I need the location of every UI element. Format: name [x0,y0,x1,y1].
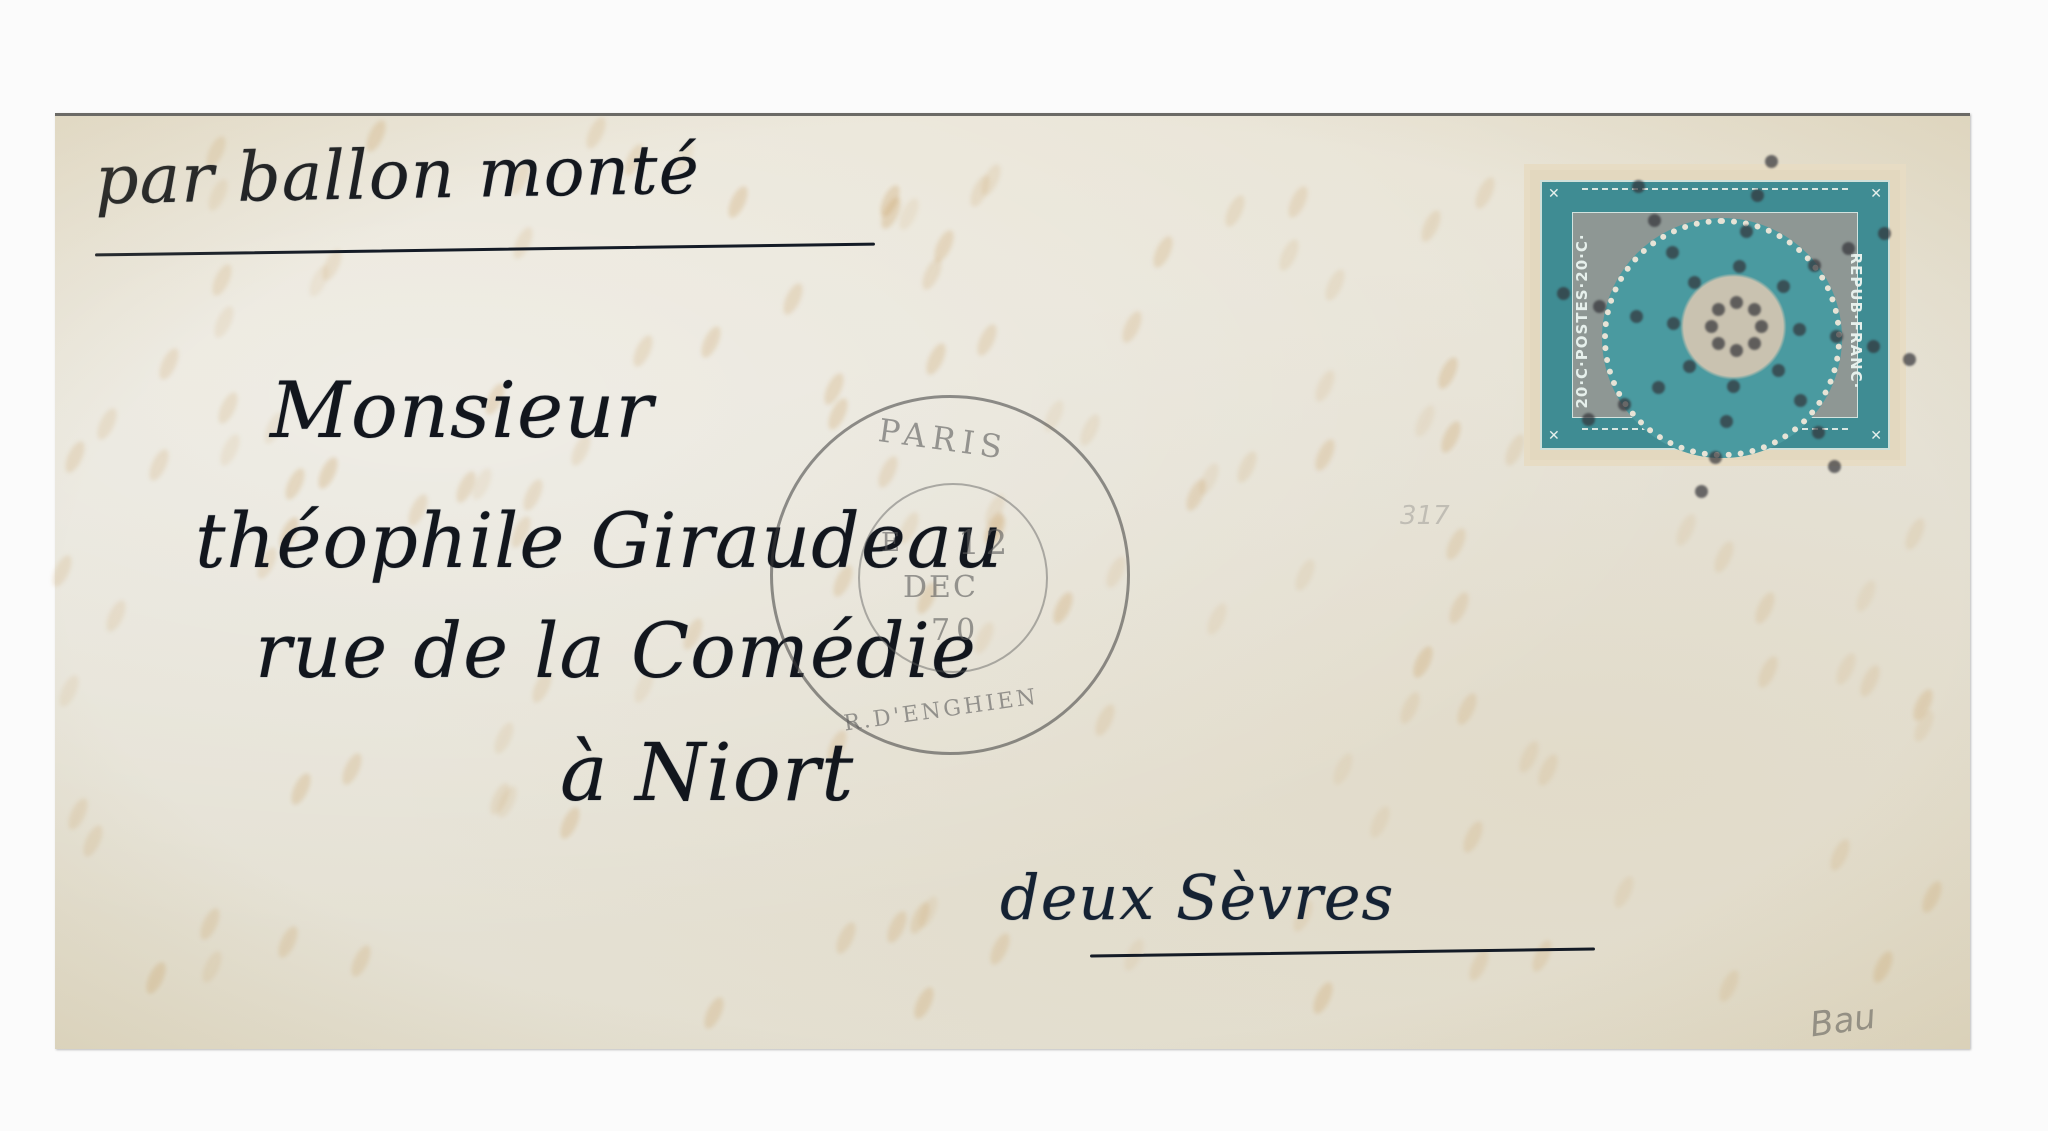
stain [275,924,302,961]
stain [1911,708,1938,745]
stain [1312,367,1339,404]
stain [1330,751,1357,788]
stain [821,371,848,408]
stain [1396,690,1423,727]
corner-x-icon: ✕ [1870,186,1882,202]
stain [922,341,949,378]
postmark: PARIS E 12 DEC 70 R.D'ENGHIEN [770,395,1130,755]
cancel-dot [1667,317,1680,330]
stain [1149,233,1176,270]
stain [1832,651,1859,688]
stamp-country-text: REPUB·FRANC· [1847,231,1865,411]
cancel-dot [1709,451,1722,464]
cancel-dot [1828,460,1841,473]
stain [1856,663,1883,700]
stain [1234,448,1261,485]
cancel-dot [1793,323,1806,336]
stain [1529,938,1556,975]
stain [288,770,315,807]
postmark-collection: E [881,528,906,558]
stain [216,432,243,469]
corner-x-icon: ✕ [1548,186,1560,202]
stain [1716,968,1743,1005]
cancel-dot [1695,485,1708,498]
postmark-day: 12 [958,523,1013,563]
stain [103,598,130,635]
stain [1910,686,1937,723]
stain [210,304,237,341]
postmark-city: PARIS [876,411,1010,467]
stain [490,719,517,756]
stain [315,455,342,492]
stain [55,672,82,709]
corner-x-icon: ✕ [1548,428,1560,444]
stain [1501,431,1528,468]
stain [486,781,513,818]
stain [214,389,241,426]
stain [878,195,905,232]
cancel-dot [1740,225,1753,238]
stain [1515,738,1542,775]
cancel-dot [1730,344,1743,357]
stain [1438,419,1465,456]
stain [967,172,994,209]
stain [80,822,107,859]
stain [94,406,121,443]
stain [986,930,1013,967]
stain [1610,874,1637,911]
stain [1434,355,1461,392]
stain [629,333,656,370]
stain [1417,208,1444,245]
stain [1673,512,1700,549]
stain [1827,837,1854,874]
stain [1534,752,1561,789]
routing-note-underline [95,243,875,257]
stain [348,943,375,980]
cancel-dot [1557,287,1570,300]
stain [1366,804,1393,841]
cancel-dot [1630,310,1643,323]
stamp-value-text: 20·C·POSTES·20·C· [1573,231,1591,411]
stain [1196,460,1223,497]
stain [1276,237,1303,274]
stain [833,919,860,956]
stain [1321,266,1348,303]
stain [64,795,91,832]
routing-note: par ballon monté [94,131,700,221]
stain [974,322,1001,359]
cancel-dot [1705,320,1718,333]
stain [1711,538,1738,575]
cancel-dot [1593,300,1606,313]
stain [906,900,933,937]
stain [510,224,537,261]
stain [1411,403,1438,440]
stain [930,227,957,264]
faint-number: 317 [1400,501,1450,531]
cancel-dot [1748,337,1761,350]
stain [895,196,922,233]
stain [1454,691,1481,728]
postmark-month: DEC [903,570,978,605]
stain [305,263,332,300]
address-city: à Niort [560,726,854,819]
stain [155,346,182,383]
department-underline [1090,947,1595,957]
corner-x-icon: ✕ [1870,428,1882,444]
address-salutation: Monsieur [270,366,654,456]
stain [1222,192,1249,229]
stain [1203,601,1230,638]
stain [780,280,807,317]
stain [1460,819,1487,856]
stain [1446,589,1473,626]
stain [1092,702,1119,739]
pencil-mark: Bau [1808,997,1879,1046]
cancel-dot [1632,180,1645,193]
stain [876,183,903,220]
stain [910,985,937,1022]
stain [1752,590,1779,627]
stain [1466,947,1493,984]
stain [146,447,173,484]
cancel-dot [1878,227,1891,240]
stain [1472,175,1499,212]
stain [1291,557,1318,594]
stain [1852,578,1879,615]
stain [724,184,751,221]
stain [1312,436,1339,473]
stain [49,553,76,590]
stain [1919,878,1946,915]
stain [339,751,366,788]
stain [977,161,1004,198]
stain [143,960,170,997]
stain [208,261,235,298]
stain [1182,476,1209,513]
greek-key-top [1582,188,1848,202]
stain [493,783,520,820]
stain [1309,979,1336,1016]
stain [883,909,910,946]
cancel-dot [1648,214,1661,227]
cancel-dot [1688,276,1701,289]
stain [1869,949,1896,986]
postmark-bottom-text: R.D'ENGHIEN [842,684,1040,736]
address-department: deux Sèvres [1000,861,1394,934]
cancel-dot [1842,242,1855,255]
stain [918,256,945,293]
stain [1755,654,1782,691]
stain [1077,412,1104,449]
cancel-dot [1652,381,1665,394]
stain [62,438,89,475]
stain [1284,184,1311,221]
cancel-dot [1777,280,1790,293]
stain [700,994,727,1031]
postage-stamp: ✕ ✕ ✕ ✕ 20·C·POSTES·20·C· REPUB·FRANC· [1530,170,1900,460]
stain [697,323,724,360]
stain [198,948,225,985]
cancel-dot [1748,303,1761,316]
cancel-dot [1727,380,1740,393]
cancel-dot [1755,320,1768,333]
stain [196,906,223,943]
stain [914,894,941,931]
stain [1409,644,1436,681]
postmark-year: 70 [931,613,981,648]
cancel-dot [1666,246,1679,259]
stain [1901,516,1928,553]
stain [1119,308,1146,345]
